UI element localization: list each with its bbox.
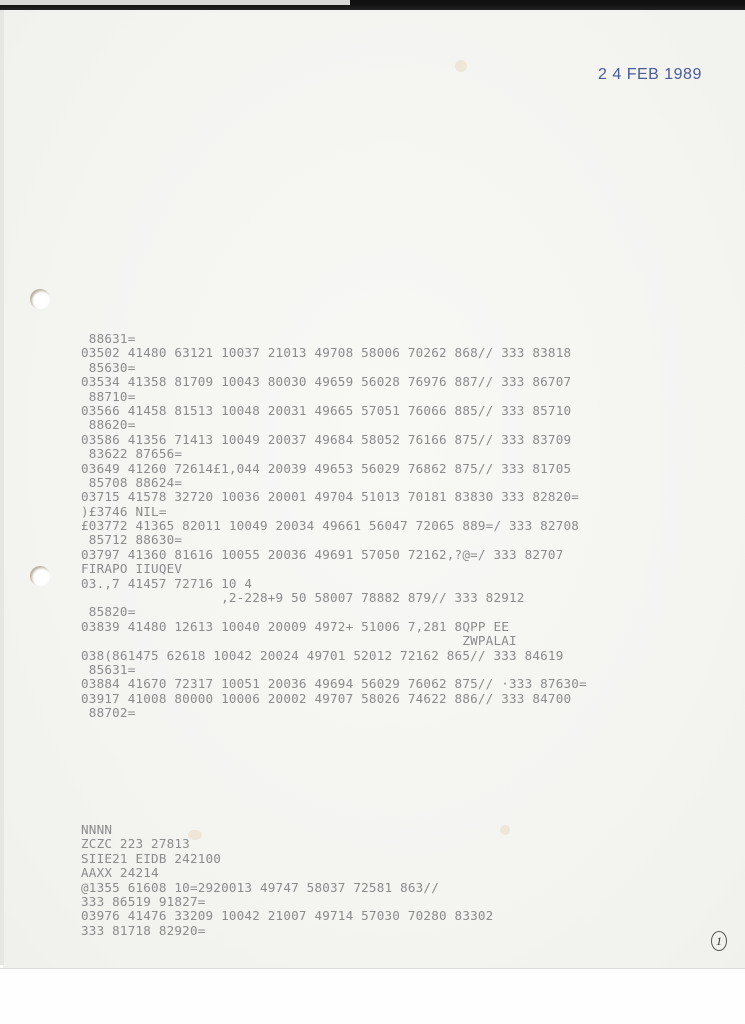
text-line: ZWPALAI xyxy=(81,634,587,648)
synop-report-block: 88631=03502 41480 63121 10037 21013 4970… xyxy=(81,332,587,721)
text-line: NNNN xyxy=(81,823,493,837)
date-stamp: 2 4 FEB 1989 xyxy=(598,66,702,84)
text-line: 038(861475 62618 10042 20024 49701 52012… xyxy=(81,649,587,663)
text-line: 88631= xyxy=(81,332,587,346)
text-line: 88620= xyxy=(81,418,587,432)
scan-border-top xyxy=(0,0,745,10)
text-line: )£3746 NIL= xyxy=(81,505,587,519)
text-line: ZCZC 223 27813 xyxy=(81,837,493,851)
text-line: 333 86519 91827= xyxy=(81,895,493,909)
stain xyxy=(500,825,510,835)
text-line: £03772 41365 82011 10049 20034 49661 560… xyxy=(81,519,587,533)
text-line: AAXX 24214 xyxy=(81,866,493,880)
punch-hole-top xyxy=(30,289,50,309)
text-line: 03586 41356 71413 10049 20037 49684 5805… xyxy=(81,433,587,447)
text-line: FIRAPO IIUQEV xyxy=(81,562,587,576)
text-line: 85631= xyxy=(81,663,587,677)
text-line: 03.,7 41457 72716 10 4 xyxy=(81,577,587,591)
text-line: 03649 41260 72614£1,044 20039 49653 5602… xyxy=(81,462,587,476)
text-line: ,2-228+9 50 58007 78882 879// 333 82912 xyxy=(81,591,587,605)
stain xyxy=(455,60,467,72)
text-line: 88710= xyxy=(81,390,587,404)
text-line: 03839 41480 12613 10040 20009 4972+ 5100… xyxy=(81,620,587,634)
page-edge xyxy=(0,0,4,965)
text-line: 85712 88630= xyxy=(81,533,587,547)
text-line: 03715 41578 32720 10036 20001 49704 5101… xyxy=(81,490,587,504)
text-line: 03797 41360 81616 10055 20036 49691 5705… xyxy=(81,548,587,562)
text-line: 03502 41480 63121 10037 21013 49708 5800… xyxy=(81,346,587,360)
scan-background xyxy=(0,968,745,1024)
text-line: 85630= xyxy=(81,361,587,375)
text-line: 85820= xyxy=(81,605,587,619)
text-line: 03566 41458 81513 10048 20031 49665 5705… xyxy=(81,404,587,418)
text-line: 85708 88624= xyxy=(81,476,587,490)
text-line: 03917 41008 80000 10006 20002 49707 5802… xyxy=(81,692,587,706)
text-line: 333 81718 82920= xyxy=(81,924,493,938)
text-line: 03884 41670 72317 10051 20036 49694 5602… xyxy=(81,677,587,691)
text-line: SIIE21 EIDB 242100 xyxy=(81,852,493,866)
page-number: 1 xyxy=(711,931,727,951)
text-line: @1355 61608 10=2920013 49747 58037 72581… xyxy=(81,881,493,895)
punch-hole-bottom xyxy=(30,566,50,586)
telex-header-block: NNNNZCZC 223 27813SIIE21 EIDB 242100AAXX… xyxy=(81,823,493,938)
scan-border-strip xyxy=(0,0,350,5)
text-line: 03976 41476 33209 10042 21007 49714 5703… xyxy=(81,909,493,923)
text-line: 88702= xyxy=(81,706,587,720)
text-line: 83622 87656= xyxy=(81,447,587,461)
text-line: 03534 41358 81709 10043 80030 49659 5602… xyxy=(81,375,587,389)
